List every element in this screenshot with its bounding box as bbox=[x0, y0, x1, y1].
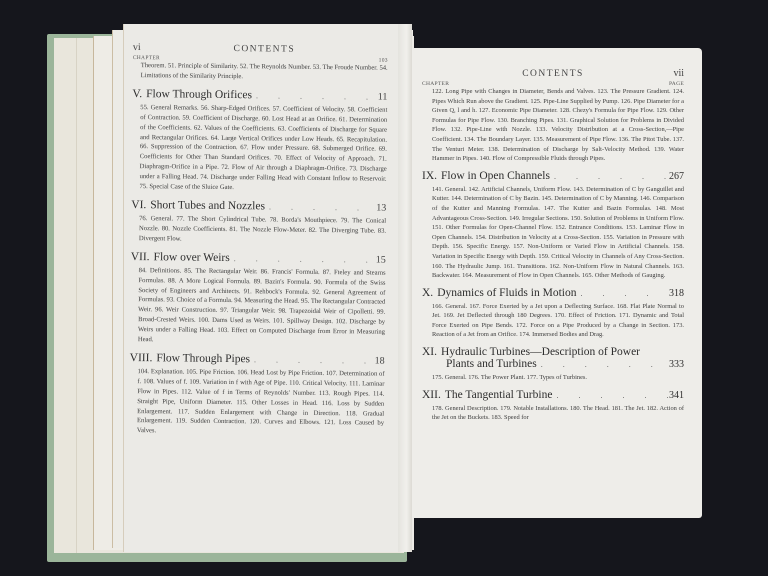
chapter-heading: VIII. Flow Through Pipes . . . . . . . .… bbox=[130, 352, 385, 367]
chapter-page: 333 bbox=[669, 359, 684, 370]
continued-entries: 122. Long Pipe with Changes in Diameter,… bbox=[422, 87, 684, 164]
chapter-number: VII. bbox=[131, 251, 150, 263]
running-head: vi CONTENTS bbox=[133, 42, 388, 56]
chapter-entries: 84. Definitions. 85. The Rectangular Wei… bbox=[130, 266, 386, 348]
chapter-entries: 55. General Remarks. 56. Sharp-Edged Ori… bbox=[131, 103, 387, 195]
chapter-page: 267 bbox=[669, 171, 684, 182]
chapter-heading: XI. Hydraulic Turbines—Description of Po… bbox=[422, 346, 684, 370]
chapter-entries: 76. General. 77. The Short Cylindrical T… bbox=[131, 214, 386, 246]
chapter-viii: VIII. Flow Through Pipes . . . . . . . .… bbox=[129, 352, 385, 439]
chapter-title: Flow Through Orifices bbox=[146, 88, 252, 101]
running-title: CONTENTS bbox=[433, 69, 674, 79]
chapter-heading: V. Flow Through Orifices . . . . . . . .… bbox=[132, 88, 387, 103]
chapter-heading: X. Dynamics of Fluids in Motion . . . . … bbox=[422, 287, 684, 299]
running-head: vii CONTENTS vii bbox=[422, 68, 684, 79]
chapter-title: Dynamics of Fluids in Motion bbox=[437, 287, 576, 299]
chapter-number: VIII. bbox=[130, 352, 153, 364]
chapter-number: IX. bbox=[422, 170, 437, 182]
chapter-title: Hydraulic Turbines—Description of Power bbox=[441, 346, 640, 358]
chapter-number: X. bbox=[422, 287, 433, 299]
chapter-heading: XII. The Tangential Turbine . . . . . . … bbox=[422, 389, 684, 401]
chapter-vii: VII. Flow over Weirs . . . . . . . . . .… bbox=[130, 251, 386, 348]
right-page-content: vii CONTENTS vii CHAPTER PAGE 122. Long … bbox=[422, 68, 684, 423]
chapter-title: Flow Through Pipes bbox=[156, 352, 250, 365]
chapter-entries: 104. Explanation. 105. Pipe Friction. 10… bbox=[129, 367, 385, 439]
chapter-page: 11 bbox=[373, 91, 387, 102]
chapter-heading: IX. Flow in Open Channels . . . . . . . … bbox=[422, 170, 684, 182]
chapter-page: 341 bbox=[669, 390, 684, 401]
left-page-content: vi CONTENTS CHAPTER 103 Theorem. 51. Pri… bbox=[129, 42, 388, 439]
chapter-xi: XI. Hydraulic Turbines—Description of Po… bbox=[422, 346, 684, 383]
chapter-vi: VI. Short Tubes and Nozzles . . . . . . … bbox=[131, 199, 386, 246]
page-folio: vi bbox=[133, 42, 141, 53]
chapter-ix: IX. Flow in Open Channels . . . . . . . … bbox=[422, 170, 684, 281]
leader-dots: . . . . . . . . bbox=[252, 91, 374, 101]
chapter-page: 15 bbox=[372, 254, 386, 265]
chapter-title-line2: Plants and Turbines bbox=[446, 358, 537, 370]
page-folio: vii bbox=[673, 68, 684, 79]
leader-dots: . . . . . bbox=[576, 289, 669, 298]
leader-dots: . . . . . . bbox=[537, 360, 669, 369]
chapter-number: XI. bbox=[422, 346, 437, 358]
continued-entries: Theorem. 51. Principle of Similarity. 52… bbox=[133, 61, 388, 83]
chapter-page: 318 bbox=[669, 288, 684, 299]
chapter-x: X. Dynamics of Fluids in Motion . . . . … bbox=[422, 287, 684, 340]
leader-dots: . . . . . . . bbox=[550, 172, 669, 181]
chapter-title: The Tangential Turbine bbox=[445, 389, 553, 401]
chapter-entries: 141. General. 142. Artificial Channels, … bbox=[422, 185, 684, 281]
leader-dots: . . . . . . . . bbox=[265, 202, 372, 212]
chapter-title: Short Tubes and Nozzles bbox=[150, 199, 265, 212]
chapter-number: VI. bbox=[131, 199, 146, 211]
leader-dots: . . . . . . bbox=[552, 391, 669, 400]
chapter-title: Flow over Weirs bbox=[154, 251, 230, 264]
chapter-xii: XII. The Tangential Turbine . . . . . . … bbox=[422, 389, 684, 423]
chapter-heading: VII. Flow over Weirs . . . . . . . . . .… bbox=[131, 251, 386, 266]
chapter-page: 18 bbox=[371, 355, 385, 366]
chapter-entries: 175. General. 176. The Power Plant. 177.… bbox=[422, 373, 684, 383]
chapter-entries: 178. General Description. 179. Notable I… bbox=[422, 404, 684, 423]
chapter-number: XII. bbox=[422, 389, 441, 401]
book-gutter bbox=[398, 24, 412, 552]
endpaper-crease bbox=[76, 38, 77, 553]
chapter-entries: 166. General. 167. Force Exerted by a Je… bbox=[422, 302, 684, 340]
chapter-title: Flow in Open Channels bbox=[441, 170, 550, 182]
chapter-v: V. Flow Through Orifices . . . . . . . .… bbox=[131, 88, 387, 195]
chapter-page: 13 bbox=[372, 202, 386, 213]
leader-dots: . . . . . . . . bbox=[250, 355, 371, 365]
chapter-number: V. bbox=[132, 88, 142, 100]
leader-dots: . . . . . . . . . . bbox=[230, 254, 372, 264]
chapter-heading: VI. Short Tubes and Nozzles . . . . . . … bbox=[131, 199, 386, 214]
running-title: CONTENTS bbox=[141, 43, 388, 56]
